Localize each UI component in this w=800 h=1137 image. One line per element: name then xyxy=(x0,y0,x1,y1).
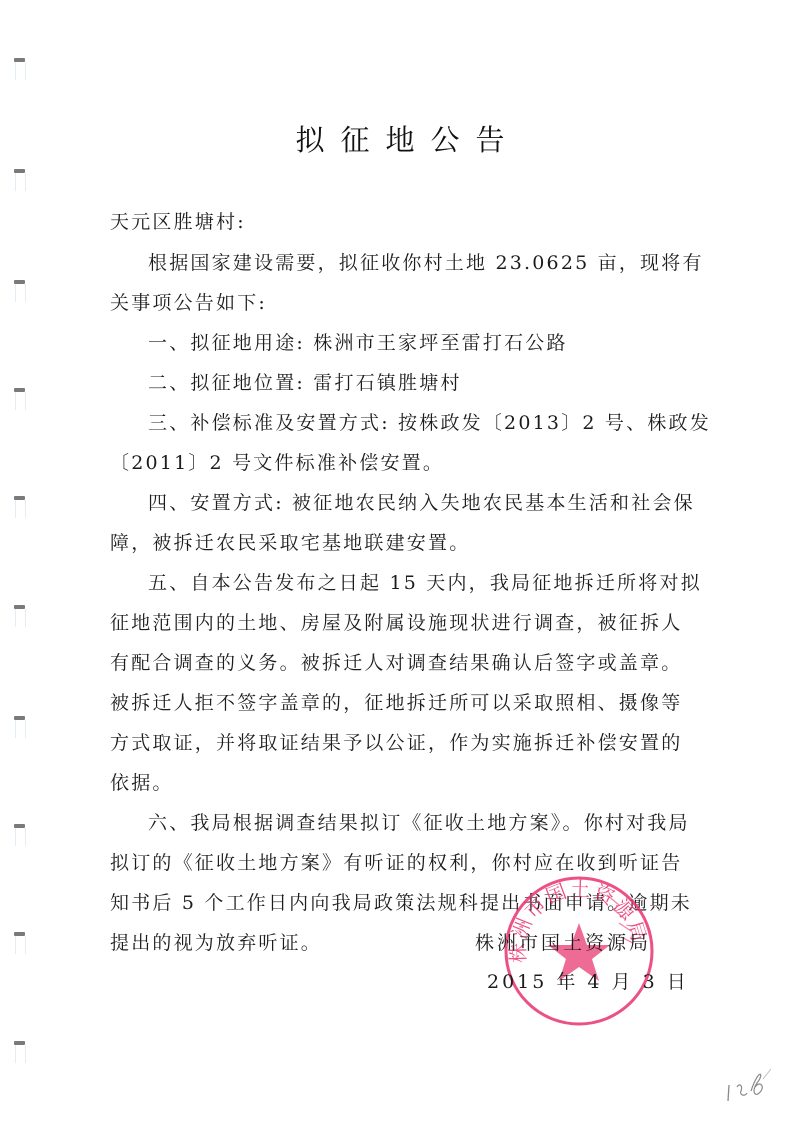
paragraph-line: 障，被拆迁农民采取宅基地联建安置。 xyxy=(110,528,470,555)
paragraph-line: 〔2011〕2 号文件标准补偿安置。 xyxy=(110,448,444,475)
binding-mark xyxy=(14,716,25,738)
paragraph-line: 征地范围内的土地、房屋及附属设施现状进行调查，被征拆人 xyxy=(110,608,682,635)
recipient: 天元区胜塘村: xyxy=(110,207,246,234)
item-6-hearing: 六、我局根据调查结果拟订《征收土地方案》。你村对我局 xyxy=(148,808,690,835)
item-2-location: 二、拟征地位置: 雷打石镇胜塘村 xyxy=(148,368,462,395)
paragraph-line: 有配合调查的义务。被拆迁人对调查结果确认后签字或盖章。 xyxy=(110,648,682,675)
binding-mark xyxy=(14,932,25,954)
binding-mark xyxy=(14,58,25,80)
paragraph-line: 根据国家建设需要，拟征收你村土地 23.0625 亩，现将有 xyxy=(148,248,704,275)
paragraph-line: 方式取证，并将取证结果予以公证，作为实施拆迁补偿安置的 xyxy=(110,728,682,755)
binding-mark xyxy=(14,1041,25,1063)
item-5-survey: 五、自本公告发布之日起 15 天内，我局征地拆迁所将对拟 xyxy=(148,568,702,595)
binding-mark xyxy=(14,280,25,302)
binding-mark xyxy=(14,824,25,846)
binding-mark xyxy=(14,388,25,410)
binding-mark xyxy=(14,605,25,627)
issue-date: 2015 年 4 月 3 日 xyxy=(487,967,689,994)
paragraph-line: 关事项公告如下: xyxy=(110,288,267,315)
handwritten-page-number-icon xyxy=(725,1065,775,1105)
document-title: 拟征地公告 xyxy=(0,118,800,159)
binding-mark xyxy=(14,496,25,518)
paragraph-line: 提出的视为放弃听证。 xyxy=(110,928,322,955)
issuer-name: 株洲市国土资源局 xyxy=(475,928,651,955)
binding-mark xyxy=(14,169,25,191)
paragraph-line: 被拆迁人拒不签字盖章的，征地拆迁所可以采取照相、摄像等 xyxy=(110,688,682,715)
item-3-compensation: 三、补偿标准及安置方式: 按株政发〔2013〕2 号、株政发 xyxy=(148,408,711,435)
paragraph-line: 拟订的《征收土地方案》有听证的权利，你村应在收到听证告 xyxy=(110,848,682,875)
item-4-resettlement: 四、安置方式: 被征地农民纳入失地农民基本生活和社会保 xyxy=(148,488,695,515)
item-1-purpose: 一、拟征地用途: 株洲市王家坪至雷打石公路 xyxy=(148,328,568,355)
paragraph-line: 依据。 xyxy=(110,768,174,795)
